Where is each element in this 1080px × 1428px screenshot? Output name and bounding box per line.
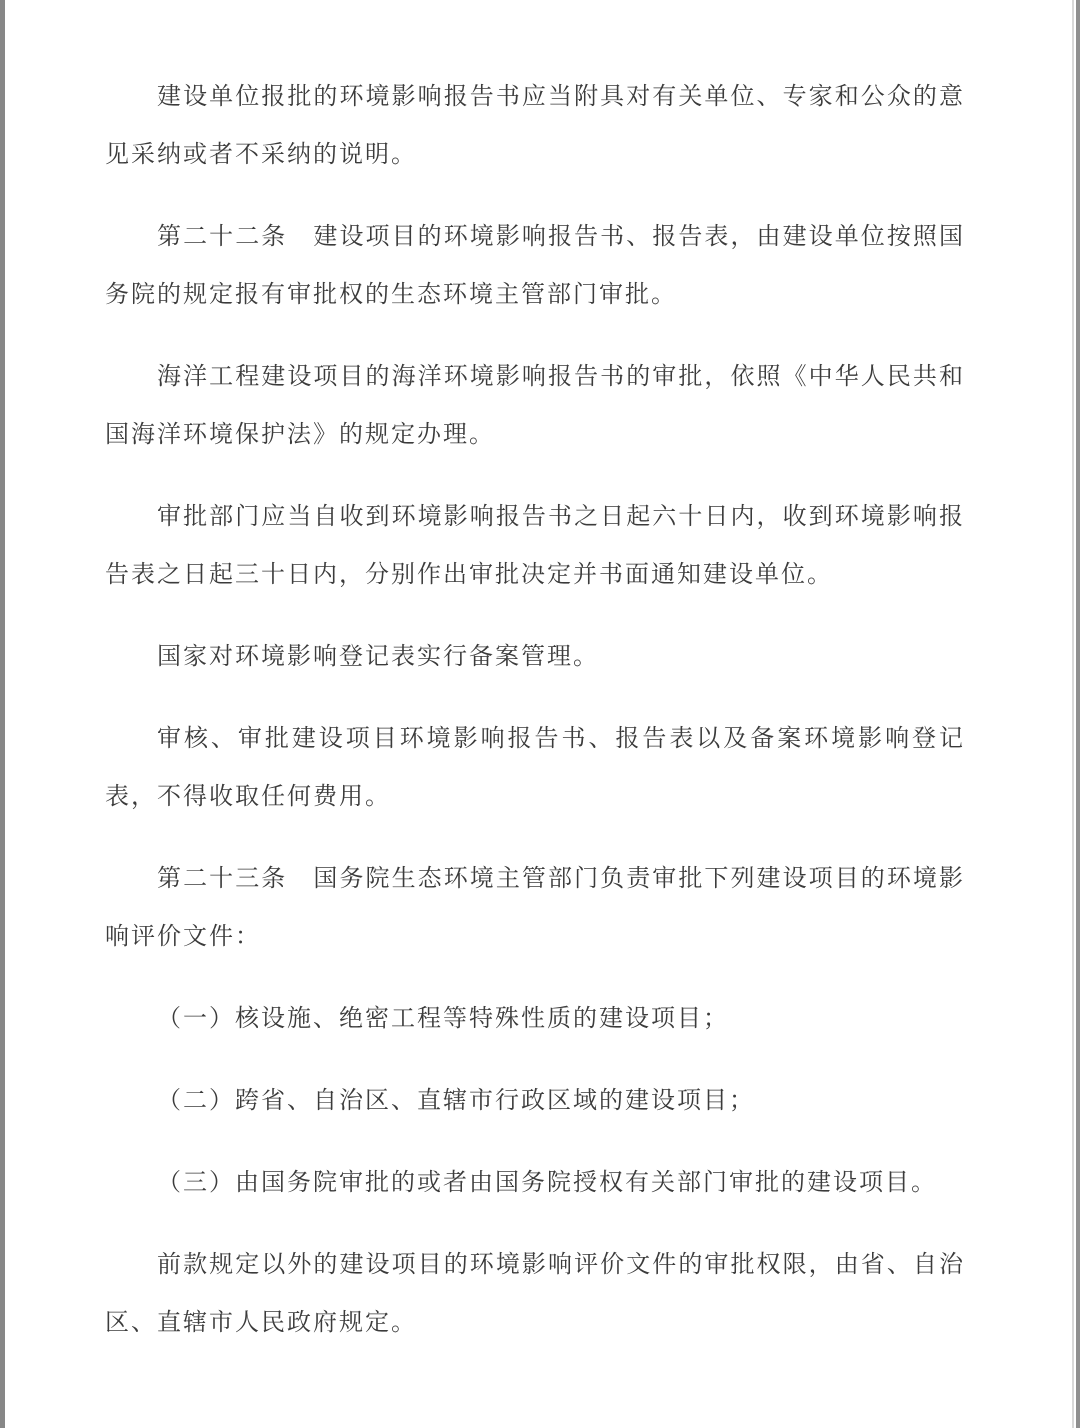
document-paragraph: （一）核设施、绝密工程等特殊性质的建设项目；: [105, 990, 965, 1048]
document-paragraph: （二）跨省、自治区、直辖市行政区域的建设项目；: [105, 1072, 965, 1130]
document-paragraph: 审批部门应当自收到环境影响报告书之日起六十日内，收到环境影响报告表之日起三十日内…: [105, 488, 965, 604]
page-left-edge-bar: [0, 0, 5, 1428]
document-paragraph: 审核、审批建设项目环境影响报告书、报告表以及备案环境影响登记表，不得收取任何费用…: [105, 710, 965, 826]
document-paragraph: （三）由国务院审批的或者由国务院授权有关部门审批的建设项目。: [105, 1154, 965, 1212]
document-paragraph: 第二十二条 建设项目的环境影响报告书、报告表，由建设单位按照国务院的规定报有审批…: [105, 208, 965, 324]
document-paragraph: 国家对环境影响登记表实行备案管理。: [105, 628, 965, 686]
document-page: 建设单位报批的环境影响报告书应当附具对有关单位、专家和公众的意见采纳或者不采纳的…: [0, 0, 1080, 1428]
document-content: 建设单位报批的环境影响报告书应当附具对有关单位、专家和公众的意见采纳或者不采纳的…: [105, 68, 965, 1352]
document-paragraph: 第二十三条 国务院生态环境主管部门负责审批下列建设项目的环境影响评价文件：: [105, 850, 965, 966]
document-paragraph: 海洋工程建设项目的海洋环境影响报告书的审批，依照《中华人民共和国海洋环境保护法》…: [105, 348, 965, 464]
page-right-edge-line: [1072, 0, 1074, 1428]
document-paragraph: 前款规定以外的建设项目的环境影响评价文件的审批权限，由省、自治区、直辖市人民政府…: [105, 1236, 965, 1352]
page-right-edge-bar: [1076, 0, 1080, 1428]
document-paragraph: 建设单位报批的环境影响报告书应当附具对有关单位、专家和公众的意见采纳或者不采纳的…: [105, 68, 965, 184]
